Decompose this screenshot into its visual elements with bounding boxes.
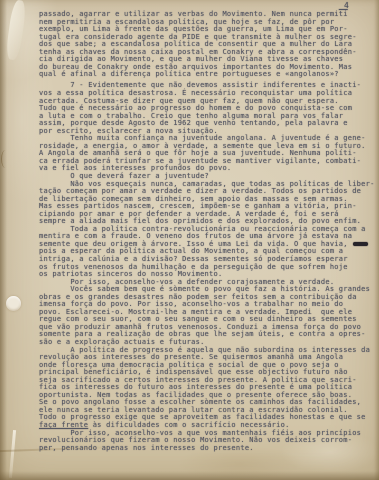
document-text: passado, agarrar e utilizar as verbas do…	[39, 11, 377, 452]
scan-edge-left	[0, 0, 7, 480]
scan-edge-bottom	[0, 471, 379, 480]
ink-blot	[353, 242, 368, 246]
scanned-document-page: 4 passado, agarrar e utilizar as verbas …	[0, 0, 379, 480]
overstruck-text: ti	[339, 10, 348, 18]
page-number: 4	[344, 1, 349, 10]
paper-crease-top-left	[5, 0, 27, 61]
underlined-text: faça frente	[39, 421, 88, 429]
punch-hole	[6, 296, 21, 311]
scan-edge-right	[374, 0, 379, 480]
text-line: qual é afinal a diferença política entre…	[39, 71, 377, 79]
text-line: per, pensando apenas nos interesses do p…	[39, 445, 377, 453]
